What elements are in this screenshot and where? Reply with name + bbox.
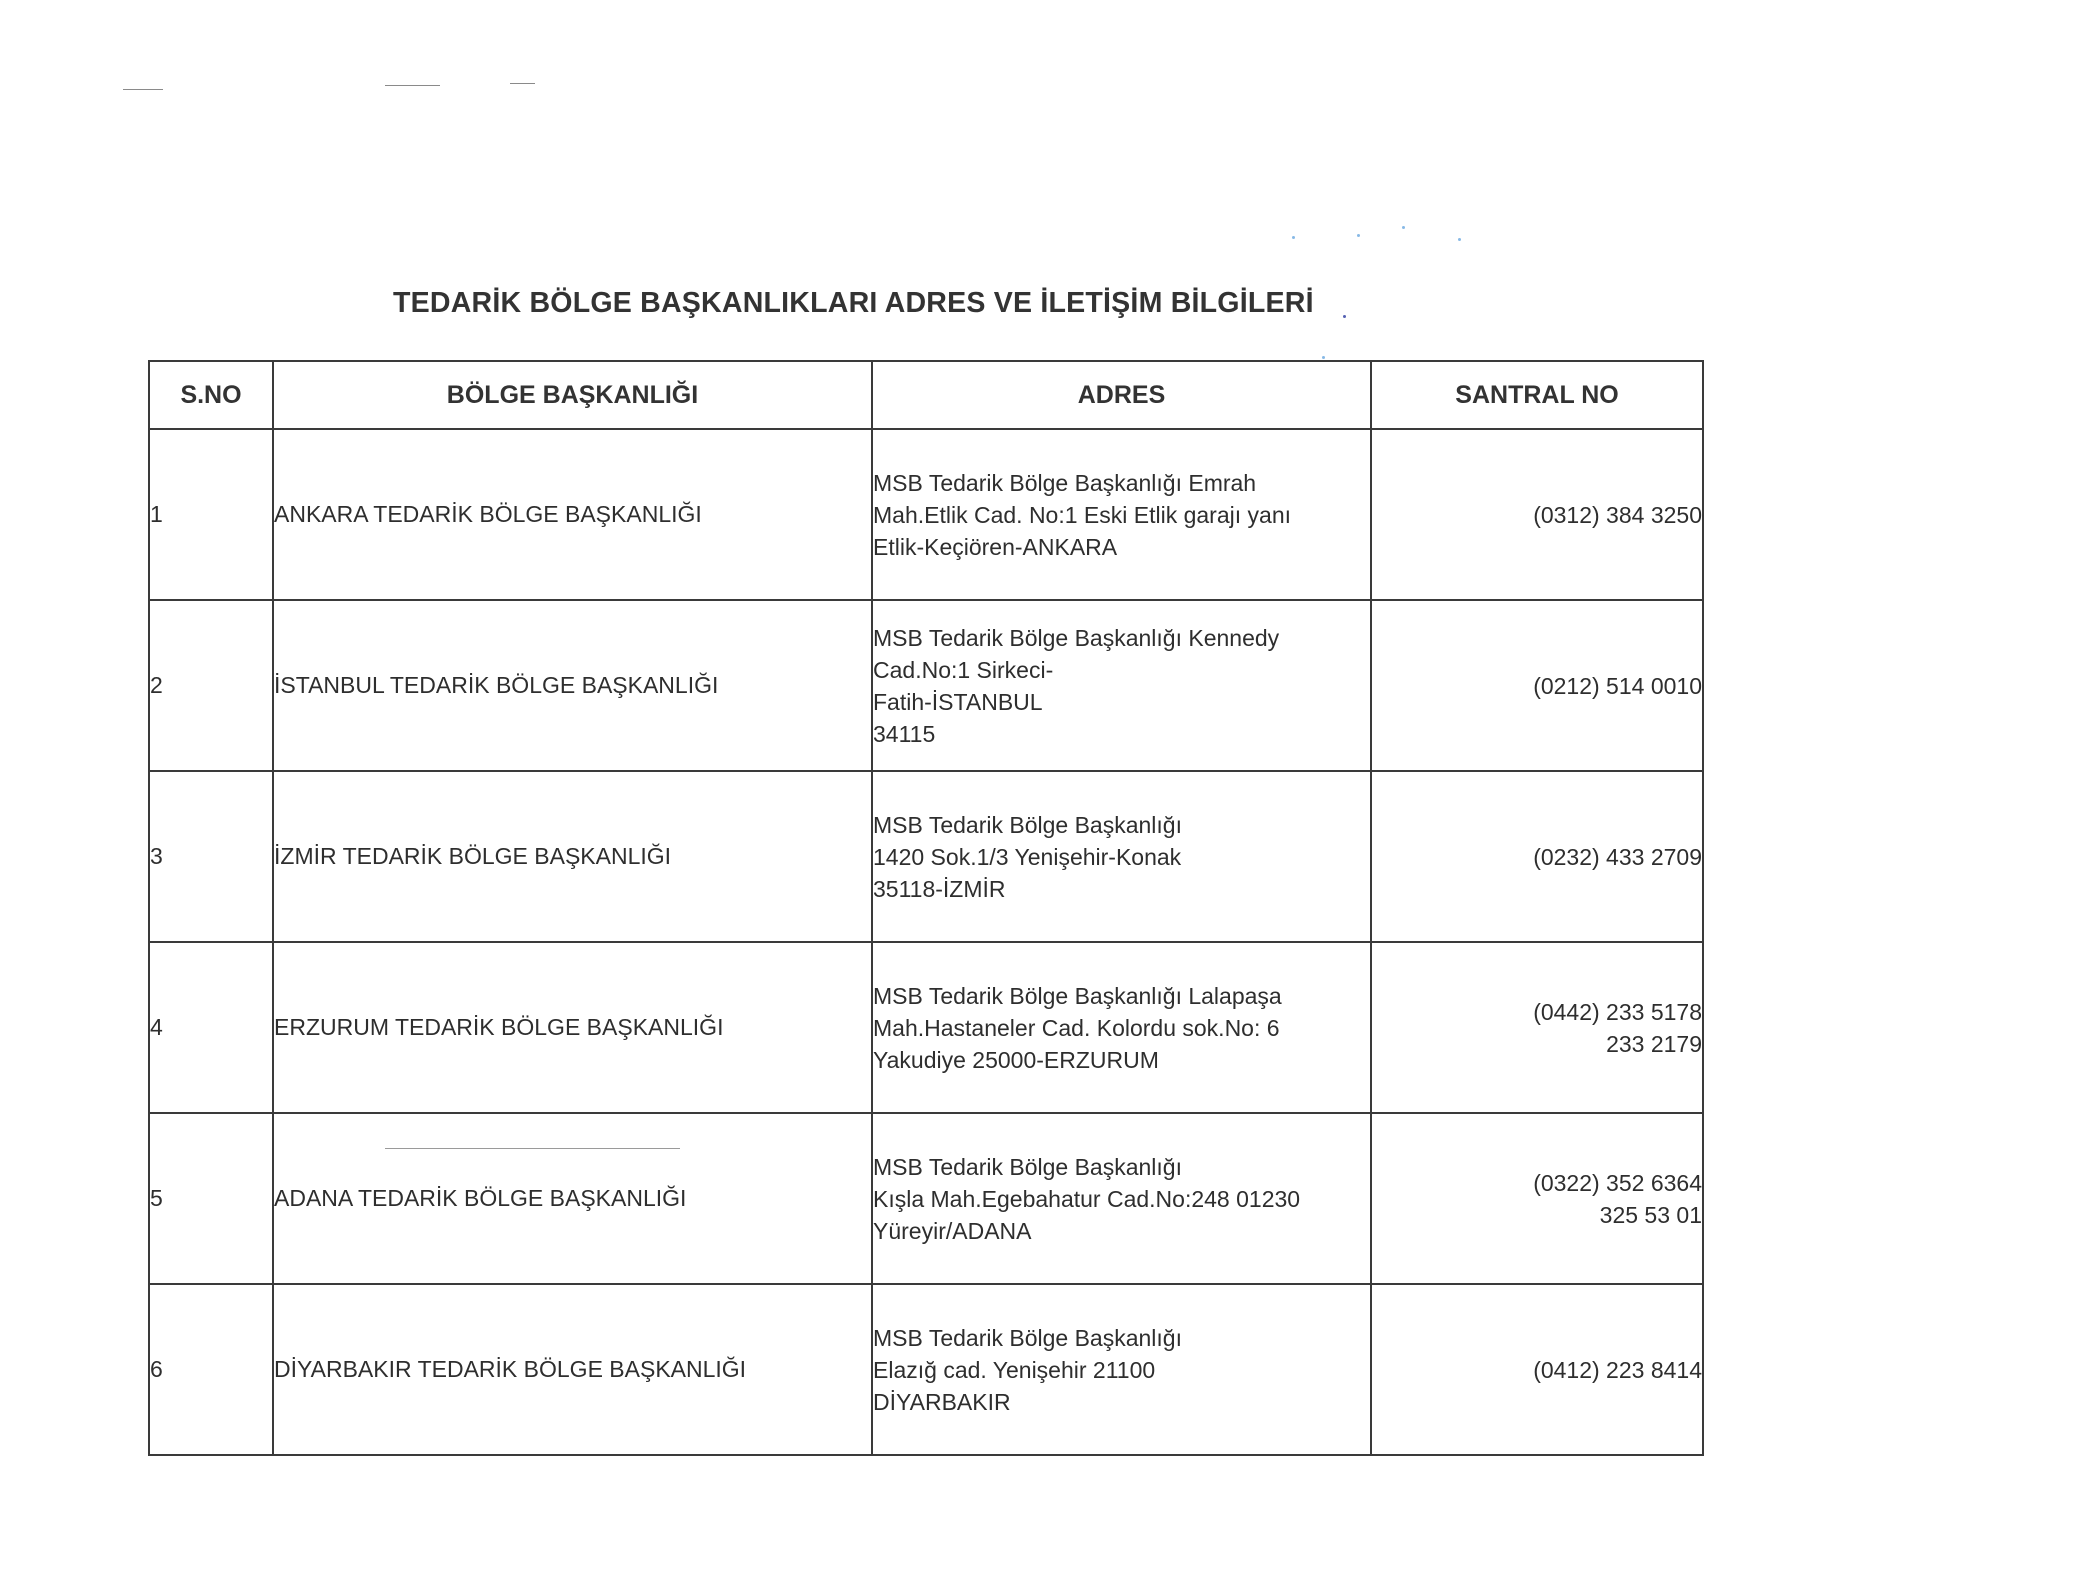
scan-artifact-line: [123, 89, 163, 90]
row-region-name: İZMİR TEDARİK BÖLGE BAŞKANLIĞI: [273, 771, 872, 942]
row-phone: (0312) 384 3250: [1371, 429, 1703, 600]
row-sno: 6: [149, 1284, 273, 1455]
address-line: MSB Tedarik Bölge Başkanlığı: [873, 1151, 1370, 1183]
scan-artifact-line: [385, 1148, 680, 1149]
phone-number: (0412) 223 8414: [1372, 1354, 1702, 1386]
row-phone: (0322) 352 6364325 53 01: [1371, 1113, 1703, 1284]
row-region-name: ANKARA TEDARİK BÖLGE BAŞKANLIĞI: [273, 429, 872, 600]
scan-artifact-line: [510, 83, 535, 84]
address-line: DİYARBAKIR: [873, 1386, 1370, 1418]
address-line: Yüreyir/ADANA: [873, 1215, 1370, 1247]
header-sno: S.NO: [149, 361, 273, 429]
table-row: 5ADANA TEDARİK BÖLGE BAŞKANLIĞIMSB Tedar…: [149, 1113, 1703, 1284]
address-line: 34115: [873, 718, 1370, 750]
scan-artifact-speck: [1322, 356, 1325, 359]
page-title: TEDARİK BÖLGE BAŞKANLIKLARI ADRES VE İLE…: [393, 287, 1447, 320]
phone-number: (0322) 352 6364: [1372, 1167, 1702, 1199]
table-header-row: S.NO BÖLGE BAŞKANLIĞI ADRES SANTRAL NO: [149, 361, 1703, 429]
header-region: BÖLGE BAŞKANLIĞI: [273, 361, 872, 429]
row-sno: 3: [149, 771, 273, 942]
address-line: Mah.Etlik Cad. No:1 Eski Etlik garajı ya…: [873, 499, 1370, 531]
scan-artifact-line: [385, 85, 440, 86]
phone-number: (0212) 514 0010: [1372, 670, 1702, 702]
row-region-name: ERZURUM TEDARİK BÖLGE BAŞKANLIĞI: [273, 942, 872, 1113]
row-phone: (0412) 223 8414: [1371, 1284, 1703, 1455]
row-phone: (0212) 514 0010: [1371, 600, 1703, 771]
address-line: Mah.Hastaneler Cad. Kolordu sok.No: 6: [873, 1012, 1370, 1044]
phone-number: (0232) 433 2709: [1372, 841, 1702, 873]
address-line: Fatih-İSTANBUL: [873, 686, 1370, 718]
address-line: MSB Tedarik Bölge Başkanlığı: [873, 1322, 1370, 1354]
phone-number: 233 2179: [1372, 1028, 1702, 1060]
phone-number: 325 53 01: [1372, 1199, 1702, 1231]
row-address: MSB Tedarik Bölge Başkanlığı EmrahMah.Et…: [872, 429, 1371, 600]
address-line: Elazığ cad. Yenişehir 21100: [873, 1354, 1370, 1386]
address-line: Etlik-Keçiören-ANKARA: [873, 531, 1370, 563]
phone-number: (0442) 233 5178: [1372, 996, 1702, 1028]
row-phone: (0232) 433 2709: [1371, 771, 1703, 942]
row-address: MSB Tedarik Bölge BaşkanlığıElazığ cad. …: [872, 1284, 1371, 1455]
row-address: MSB Tedarik Bölge BaşkanlığıKışla Mah.Eg…: [872, 1113, 1371, 1284]
address-line: Kışla Mah.Egebahatur Cad.No:248 01230: [873, 1183, 1370, 1215]
table-row: 3İZMİR TEDARİK BÖLGE BAŞKANLIĞIMSB Tedar…: [149, 771, 1703, 942]
row-address: MSB Tedarik Bölge Başkanlığı LalapaşaMah…: [872, 942, 1371, 1113]
row-region-name: ADANA TEDARİK BÖLGE BAŞKANLIĞI: [273, 1113, 872, 1284]
row-address: MSB Tedarik Bölge Başkanlığı1420 Sok.1/3…: [872, 771, 1371, 942]
address-line: 1420 Sok.1/3 Yenişehir-Konak: [873, 841, 1370, 873]
header-phone: SANTRAL NO: [1371, 361, 1703, 429]
phone-number: (0312) 384 3250: [1372, 499, 1702, 531]
address-line: MSB Tedarik Bölge Başkanlığı Kennedy: [873, 622, 1370, 654]
table-row: 4ERZURUM TEDARİK BÖLGE BAŞKANLIĞIMSB Ted…: [149, 942, 1703, 1113]
address-line: 35118-İZMİR: [873, 873, 1370, 905]
row-sno: 1: [149, 429, 273, 600]
scan-artifact-speck: [1402, 226, 1405, 229]
row-region-name: İSTANBUL TEDARİK BÖLGE BAŞKANLIĞI: [273, 600, 872, 771]
table-row: 6DİYARBAKIR TEDARİK BÖLGE BAŞKANLIĞIMSB …: [149, 1284, 1703, 1455]
address-line: Yakudiye 25000-ERZURUM: [873, 1044, 1370, 1076]
row-phone: (0442) 233 5178233 2179: [1371, 942, 1703, 1113]
scan-artifact-speck: [1357, 234, 1360, 237]
address-line: MSB Tedarik Bölge Başkanlığı Lalapaşa: [873, 980, 1370, 1012]
table-row: 2İSTANBUL TEDARİK BÖLGE BAŞKANLIĞIMSB Te…: [149, 600, 1703, 771]
address-line: Cad.No:1 Sirkeci-: [873, 654, 1370, 686]
table-row: 1ANKARA TEDARİK BÖLGE BAŞKANLIĞIMSB Teda…: [149, 429, 1703, 600]
row-sno: 4: [149, 942, 273, 1113]
header-address: ADRES: [872, 361, 1371, 429]
address-line: MSB Tedarik Bölge Başkanlığı Emrah: [873, 467, 1370, 499]
row-region-name: DİYARBAKIR TEDARİK BÖLGE BAŞKANLIĞI: [273, 1284, 872, 1455]
address-line: MSB Tedarik Bölge Başkanlığı: [873, 809, 1370, 841]
scan-artifact-speck: [1458, 238, 1461, 241]
regions-table: S.NO BÖLGE BAŞKANLIĞI ADRES SANTRAL NO 1…: [148, 360, 1704, 1456]
row-sno: 5: [149, 1113, 273, 1284]
row-sno: 2: [149, 600, 273, 771]
scan-artifact-speck: [1292, 236, 1295, 239]
row-address: MSB Tedarik Bölge Başkanlığı KennedyCad.…: [872, 600, 1371, 771]
